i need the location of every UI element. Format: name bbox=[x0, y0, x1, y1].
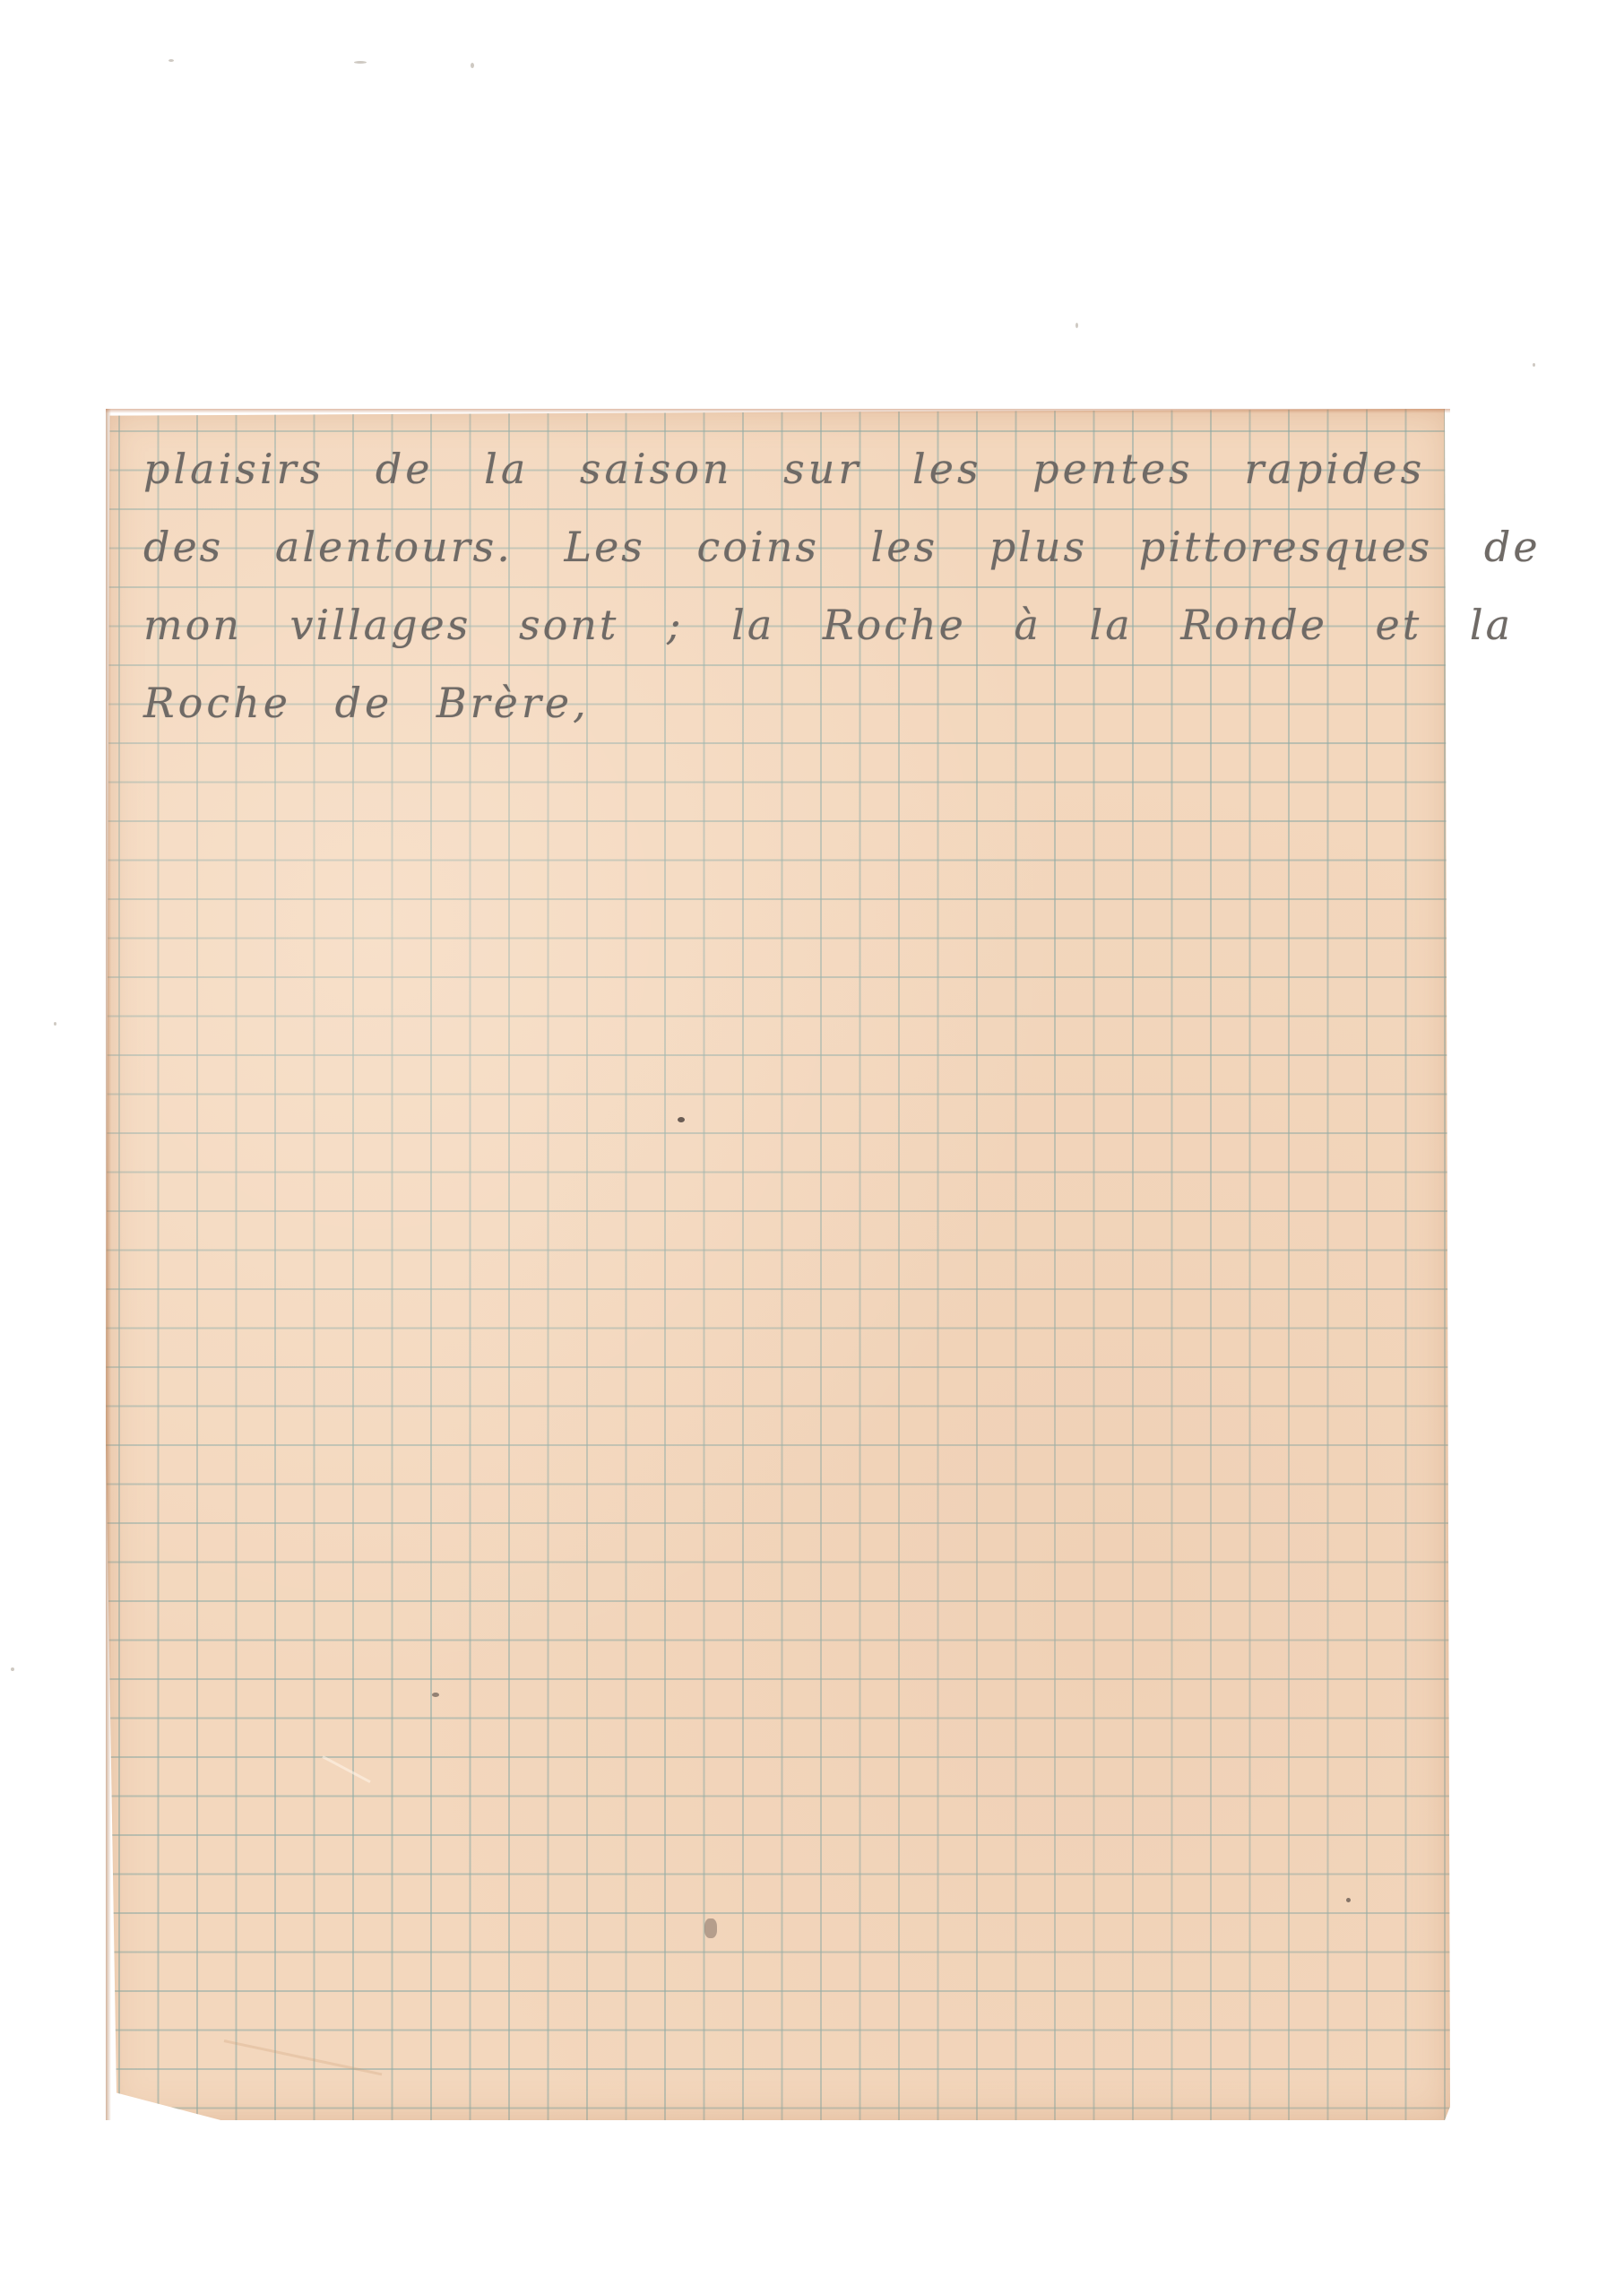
dust-speck bbox=[1533, 363, 1535, 367]
handwritten-line-4: Roche de Brère, bbox=[143, 664, 1434, 742]
handwritten-line-2: des alentours. Les coins les plus pittor… bbox=[143, 508, 1434, 586]
dust-speck bbox=[1075, 323, 1078, 328]
dust-speck bbox=[54, 1022, 56, 1026]
handwritten-text: plaisirs de la saison sur les pentes rap… bbox=[143, 430, 1434, 742]
dust-speck bbox=[354, 61, 367, 64]
smudge-spot bbox=[704, 1918, 717, 1938]
sheet-top-edge bbox=[106, 409, 1450, 413]
ink-spot bbox=[678, 1117, 685, 1122]
sheet-left-edge bbox=[106, 409, 111, 2120]
handwritten-line-1: plaisirs de la saison sur les pentes rap… bbox=[143, 430, 1434, 508]
ink-spot bbox=[1346, 1898, 1351, 1902]
dust-speck bbox=[168, 59, 174, 62]
handwritten-line-3: mon villages sont ; la Roche à la Ronde … bbox=[143, 586, 1434, 664]
dust-speck bbox=[471, 63, 474, 68]
ink-spot bbox=[432, 1693, 439, 1697]
dust-speck bbox=[11, 1667, 14, 1671]
